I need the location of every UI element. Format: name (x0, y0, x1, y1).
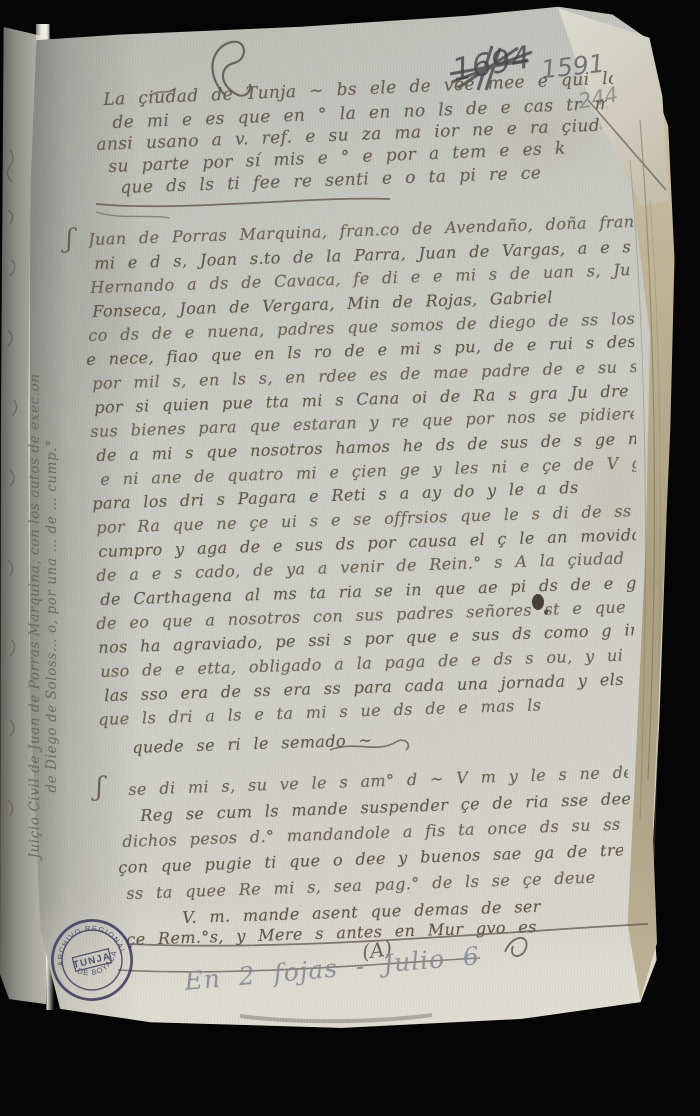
paragraph-mark: ʃ (66, 224, 73, 254)
margin-note-vertical: Juiçio Civil de Juan de Porras Marquina,… (27, 291, 67, 941)
margin-note-line2: de Diego de Soloss… o, por una … de … cu… (44, 291, 61, 941)
photograph-of-manuscript: 1694 1591 244 La çiudad de Tunja ~ bs el… (0, 0, 700, 1116)
margin-note-line1: Juiçio Civil de Juan de Porras Marquina,… (27, 291, 44, 941)
paragraph-mark: ʃ (96, 772, 103, 802)
